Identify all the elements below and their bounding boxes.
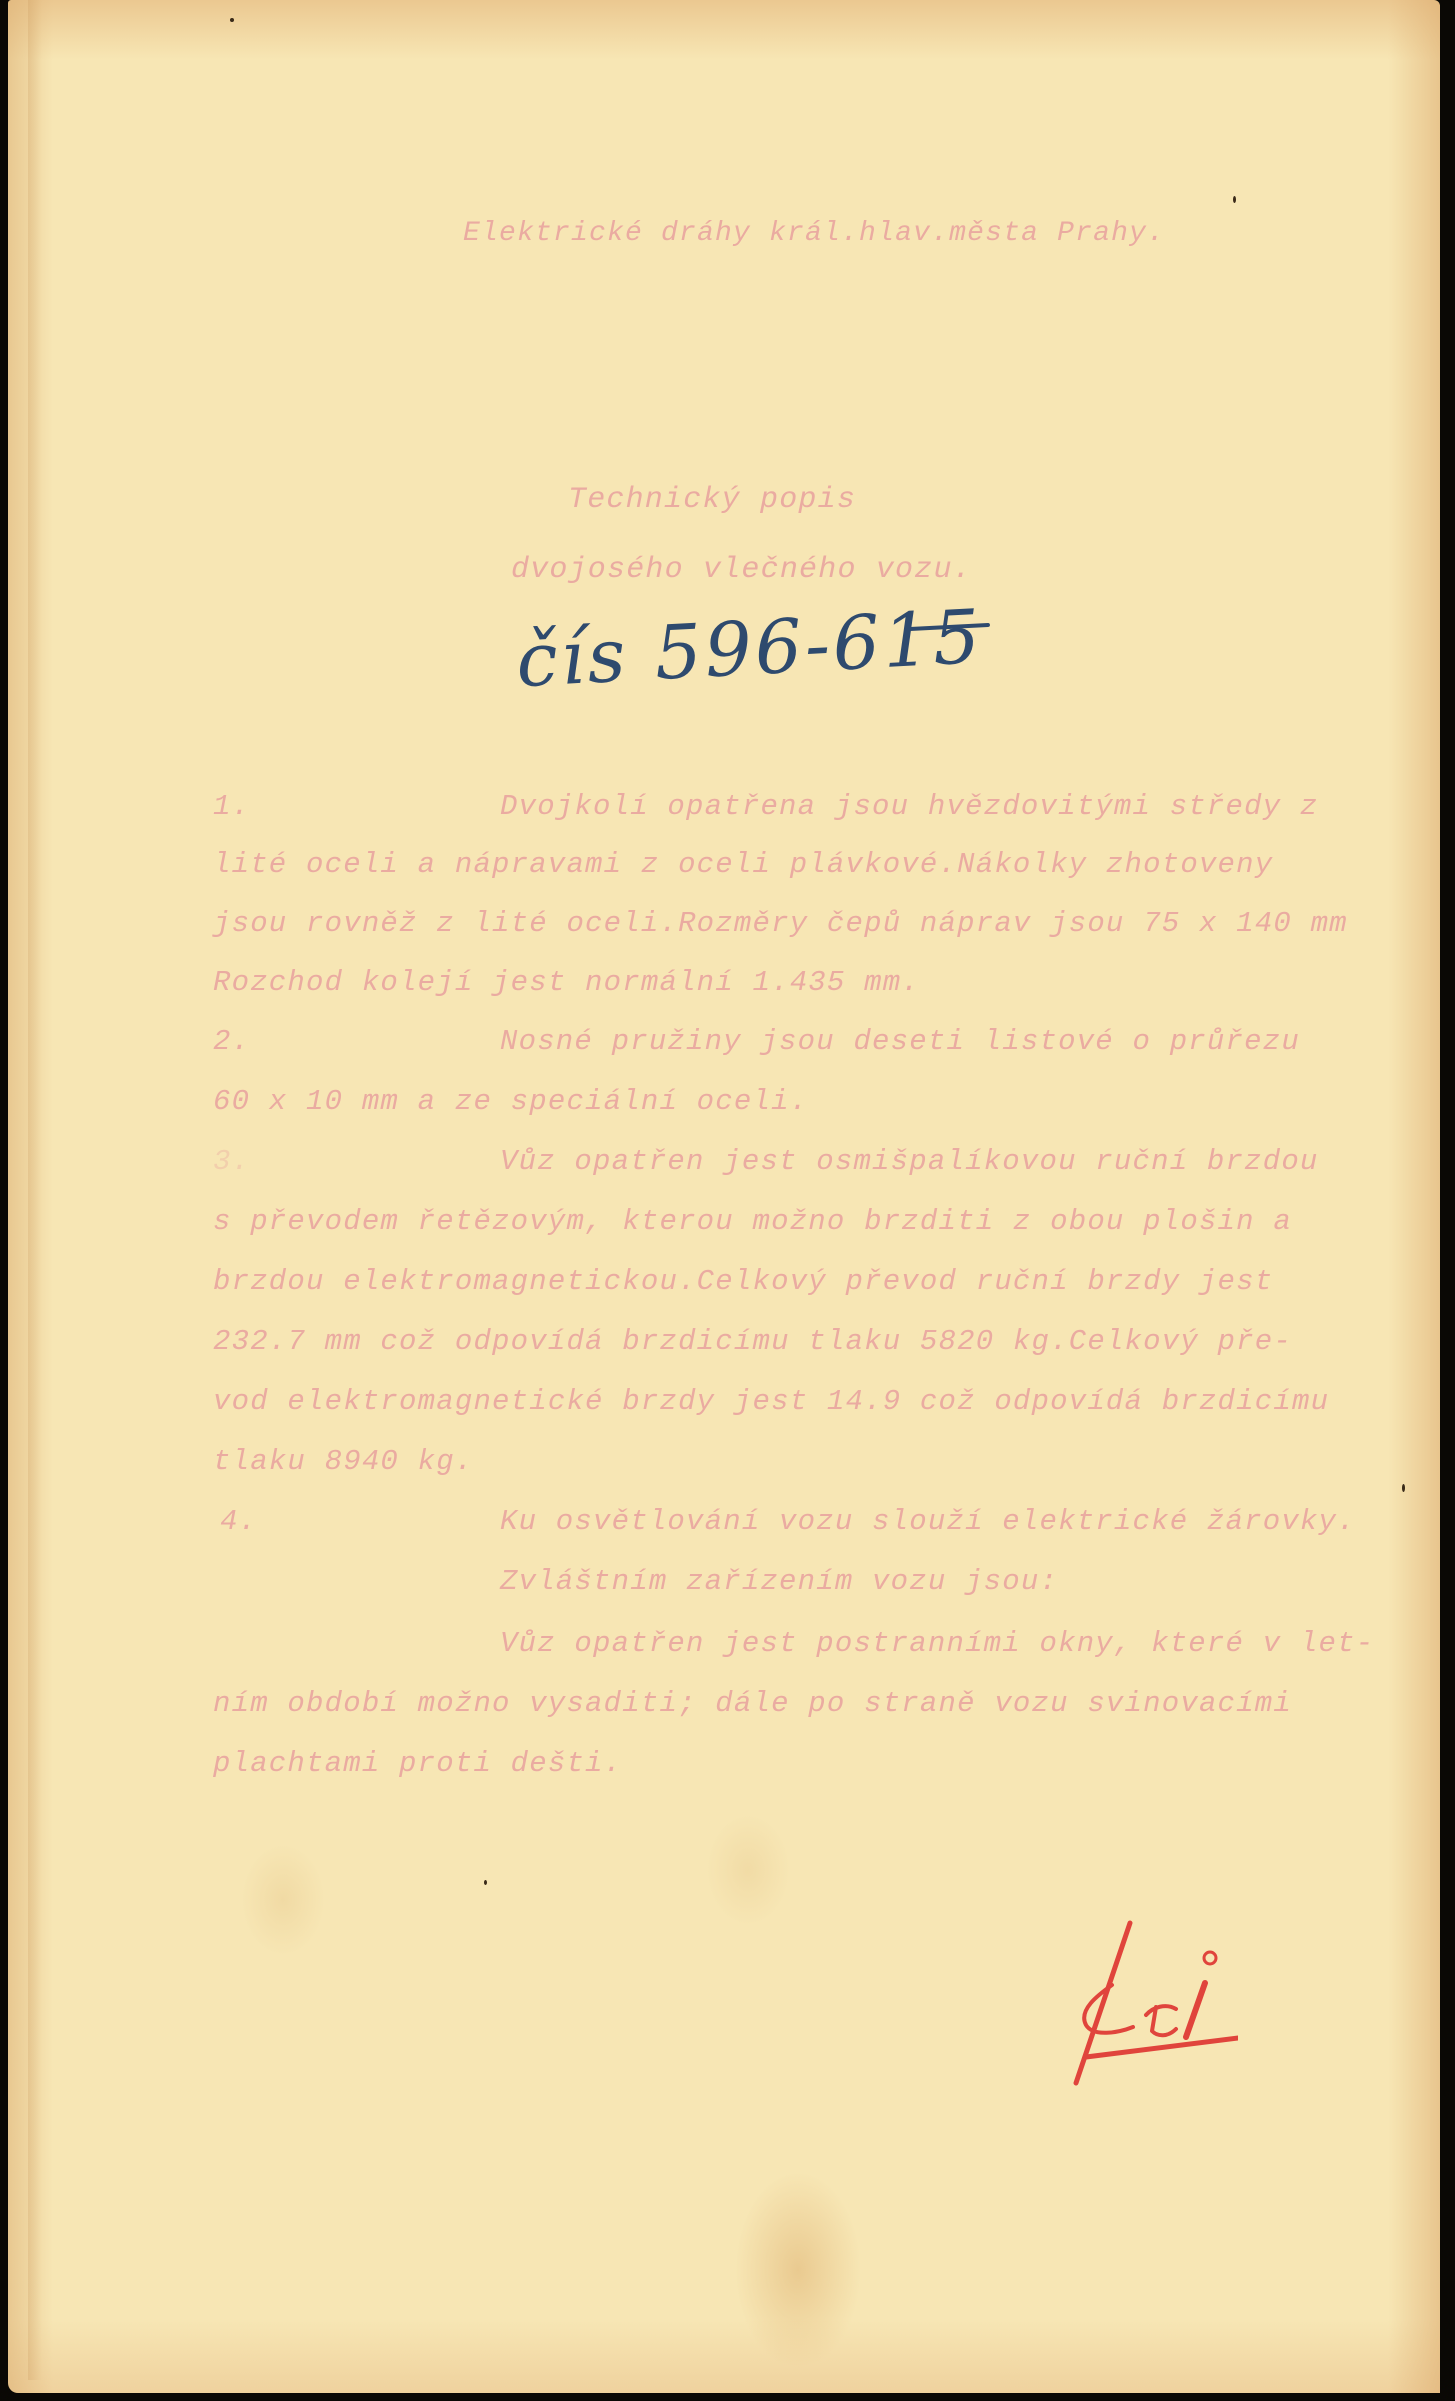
section-3-line-6: tlaku 8940 kg.: [213, 1445, 473, 1478]
red-pencil-annotation-451: [1058, 1915, 1238, 2095]
section-1-number: 1.: [213, 790, 250, 823]
section-1-line-3: jsou rovněž z lité oceli.Rozměry čepů ná…: [213, 907, 1348, 940]
paper-speck: [484, 1880, 487, 1885]
handwritten-car-numbers: čís 596-615: [514, 594, 985, 704]
section-1-line-1: Dvojkolí opatřena jsou hvězdovitými stře…: [500, 790, 1319, 823]
paper-speck: [1402, 1484, 1405, 1492]
document-title-line-2: dvojosého vlečného vozu.: [511, 553, 972, 587]
section-3-line-3: brzdou elektromagnetickou.Celkový převod…: [213, 1265, 1273, 1298]
section-4-line-5: plachtami proti dešti.: [213, 1747, 622, 1780]
section-3-line-1: Vůz opatřen jest osmišpalíkovou ruční br…: [500, 1145, 1319, 1178]
section-3-number: 3.: [213, 1145, 250, 1178]
section-2-line-2: 60 x 10 mm a ze speciální oceli.: [213, 1085, 808, 1118]
document-page: Elektrické dráhy král.hlav.města Prahy. …: [8, 0, 1440, 2393]
section-3-line-2: s převodem řetězovým, kterou možno brzdi…: [213, 1205, 1292, 1238]
section-4-number: 4.: [220, 1505, 257, 1538]
paper-speck: [1233, 196, 1236, 203]
section-2-number: 2.: [213, 1025, 250, 1058]
section-1-line-4: Rozchod kolejí jest normální 1.435 mm.: [213, 966, 920, 999]
section-4-line-2: Zvláštním zařízením vozu jsou:: [500, 1565, 1058, 1598]
section-2-line-1: Nosné pružiny jsou deseti listové o průř…: [500, 1025, 1300, 1058]
paper-speck: [230, 18, 234, 22]
section-3-line-5: vod elektromagnetické brzdy jest 14.9 co…: [213, 1385, 1329, 1418]
section-4-line-3: Vůz opatřen jest postranními okny, které…: [500, 1627, 1374, 1660]
section-4-line-4: ním období možno vysaditi; dále po stran…: [213, 1687, 1292, 1720]
document-title-line-1: Technický popis: [568, 483, 856, 517]
organization-header: Elektrické dráhy král.hlav.města Prahy.: [463, 218, 1165, 249]
section-3-line-4: 232.7 mm což odpovídá brzdicímu tlaku 58…: [213, 1325, 1292, 1358]
paper-fold-shadow: [28, 0, 42, 2380]
section-1-line-2: lité oceli a nápravami z oceli plávkové.…: [213, 848, 1273, 881]
section-4-line-1: Ku osvětlování vozu slouží elektrické žá…: [500, 1505, 1356, 1538]
